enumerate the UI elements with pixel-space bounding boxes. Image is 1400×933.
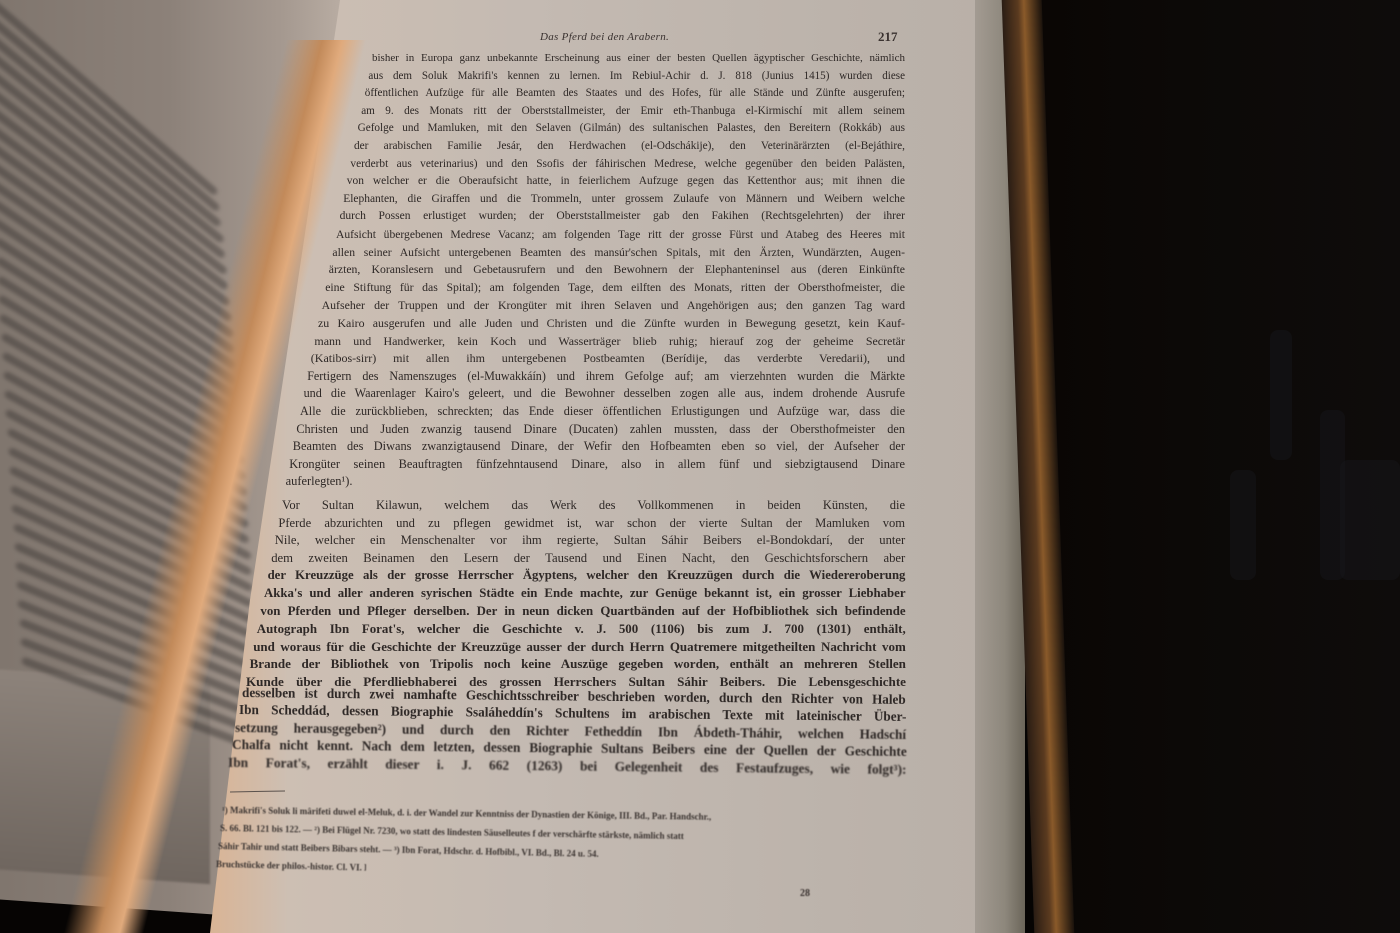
footnote-line: Bruchstücke der philos.-histor. Cl. VI. … [216, 859, 366, 873]
text-line: Brande der Bibliothek von Tripolis noch … [250, 656, 906, 672]
signature-mark: 28 [800, 888, 810, 899]
text-line: Gefolge und Mamluken, mit den Selaven (G… [358, 122, 905, 134]
text-line: und die Waarenlager Kairo's geleert, und… [304, 386, 905, 401]
text-line: mann und Handwerker, kein Koch und Wasse… [314, 334, 905, 349]
text-line: Krongüter seinen Beauftragten fünfzehnta… [289, 457, 905, 472]
text-line: Vor Sultan Kilawun, welchem das Werk des… [282, 498, 905, 513]
text-line: bisher in Europa ganz unbekannte Erschei… [372, 52, 905, 64]
page-number: 217 [878, 29, 898, 45]
text-line: allen seiner Aufsicht untergebenen Beamt… [332, 246, 905, 259]
text-line: ärzten, Koranslesern und Gebetausrufern … [329, 263, 905, 276]
text-line: eine Stiftung für das Spital); am folgen… [325, 281, 905, 295]
text-line: Christen und Juden zwanzig tausend Dinar… [296, 422, 905, 437]
text-line: Aufsicht übergebenen Medrese Vacanz; am … [336, 228, 905, 241]
text-line: zu Kairo ausgerufen und alle Juden und C… [318, 316, 905, 331]
text-line: Elephanten, die Giraffen und die Trommel… [343, 193, 905, 205]
footnote-rule [230, 791, 285, 793]
text-line: Akka's und aller anderen syrischen Städt… [264, 586, 906, 601]
text-line: und woraus für die Geschichte der Kreuzz… [253, 639, 906, 655]
text-line: Pferde abzurichten und zu pflegen gewidm… [278, 516, 905, 531]
running-head: Das Pferd bei den Arabern. [540, 31, 669, 43]
text-line: Beamten des Diwans zwanzigtausend Dinare… [293, 439, 905, 454]
text-line: öffentlichen Aufzüge für alle Beamten de… [365, 87, 905, 99]
text-line: (Katibos-sirr) mit allen ihm untergebene… [311, 351, 905, 366]
text-line: auferlegten¹). [286, 474, 905, 489]
text-line: von welcher er die Oberaufsicht hatte, i… [347, 175, 905, 187]
text-line: der Kreuzzüge als der grosse Herrscher Ä… [268, 568, 906, 583]
footnote-line: S. 66. Bl. 121 bis 122. — ²) Bei Flügel … [220, 823, 918, 845]
text-line: der arabischen Familie Jesár, den Herdwa… [354, 140, 905, 152]
text-line: Nile, welcher ein Menschenalter vor ihm … [275, 533, 905, 548]
text-line: von Pferden und Pfleger derselben. Der i… [260, 604, 905, 619]
text-line: verderbt aus veterinarius) und den Ssofi… [350, 158, 905, 170]
footnote-line: ¹) Makrifi's Soluk li mârifeti duwel el-… [222, 805, 922, 825]
text-line: Aufseher der Truppen und der Krongüter m… [322, 298, 905, 313]
text-line: am 9. des Monats ritt der Oberststallmei… [361, 105, 905, 117]
text-line: aus dem Soluk Makrifi's kennen zu lernen… [368, 70, 905, 82]
text-line: Alle die zurückblieben, schreckten; das … [300, 404, 905, 419]
text-line: Fertigern des Namenszuges (el-Muwakkáín)… [307, 369, 905, 384]
text-line: durch Possen erlustiget wurden; der Ober… [340, 210, 905, 222]
text-line: Autograph Ibn Forat's, welcher die Gesch… [257, 621, 906, 637]
text-line: dem zweiten Beinamen den Lesern der Taus… [271, 551, 905, 566]
page-text: Das Pferd bei den Arabern. 217 bisher in… [0, 0, 1400, 933]
